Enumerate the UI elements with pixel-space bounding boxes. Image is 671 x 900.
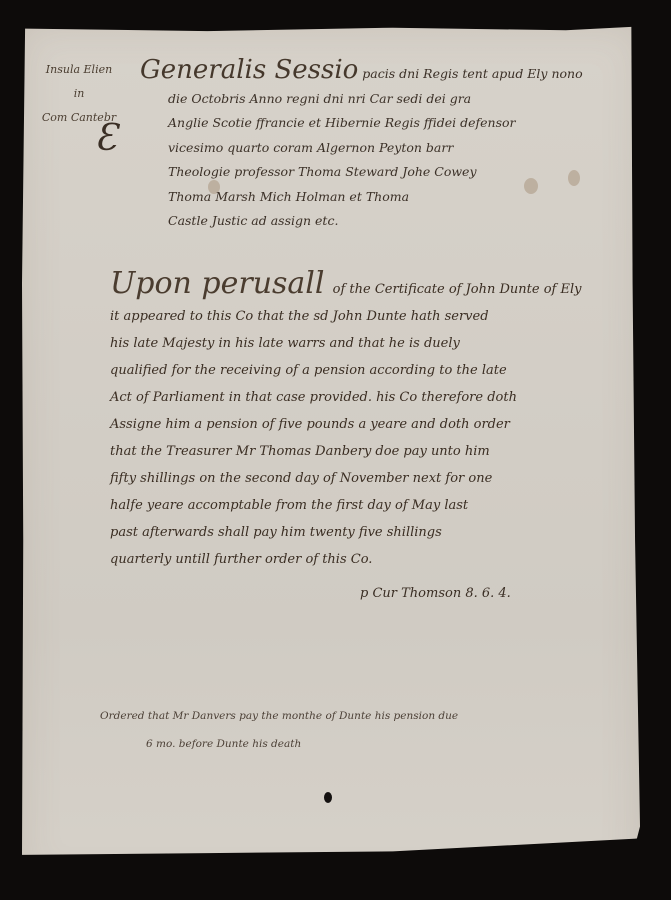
- body-line: Act of Parliament in that case provided.…: [110, 384, 582, 411]
- header-line: die Octobris Anno regni dni nri Car sedi…: [140, 87, 583, 112]
- body-line: it appeared to this Co that the sd John …: [110, 303, 582, 330]
- body-line: that the Treasurer Mr Thomas Danbery doe…: [110, 438, 582, 465]
- postscript-line: Ordered that Mr Danvers pay the monthe o…: [100, 702, 458, 730]
- session-header: Generalis Sessio pacis dni Regis tent ap…: [140, 58, 583, 234]
- header-line: vicesimo quarto coram Algernon Peyton ba…: [140, 136, 583, 161]
- header-line: Thoma Marsh Mich Holman et Thoma: [140, 185, 583, 210]
- header-line: Anglie Scotie ffrancie et Hibernie Regis…: [140, 111, 583, 136]
- body-line: fifty shillings on the second day of Nov…: [110, 465, 582, 492]
- margin-note-line: Insula Elien: [34, 58, 124, 82]
- postscript-note: Ordered that Mr Danvers pay the monthe o…: [100, 702, 458, 758]
- header-line: Theologie professor Thoma Steward Johe C…: [140, 160, 583, 185]
- body-line: qualified for the receiving of a pension…: [110, 357, 582, 384]
- margin-note-line: in: [34, 82, 124, 106]
- header-line: pacis dni Regis tent apud Ely nono: [362, 66, 582, 81]
- body-line: of the Certificate of John Dunte of Ely: [333, 282, 582, 297]
- body-line: past afterwards shall pay him twenty fiv…: [110, 519, 582, 546]
- header-line: Castle Justic ad assign etc.: [140, 209, 583, 234]
- header-initial: Generalis Sessio: [140, 55, 358, 85]
- body-line: halfe yeare accomptable from the first d…: [110, 492, 582, 519]
- paper-hole: [324, 792, 332, 803]
- order-body: Upon perusall of the Certificate of John…: [110, 270, 582, 573]
- brace-mark: Ɛ: [95, 118, 117, 159]
- clerk-signature: p Cur Thomson 8. 6. 4.: [360, 586, 511, 601]
- body-line: quarterly untill further order of this C…: [110, 546, 582, 573]
- body-line: his late Majesty in his late warrs and t…: [110, 330, 582, 357]
- body-line: Assigne him a pension of five pounds a y…: [110, 411, 582, 438]
- postscript-line: 6 mo. before Dunte his death: [100, 730, 458, 758]
- body-initial: Upon perusall: [110, 266, 325, 301]
